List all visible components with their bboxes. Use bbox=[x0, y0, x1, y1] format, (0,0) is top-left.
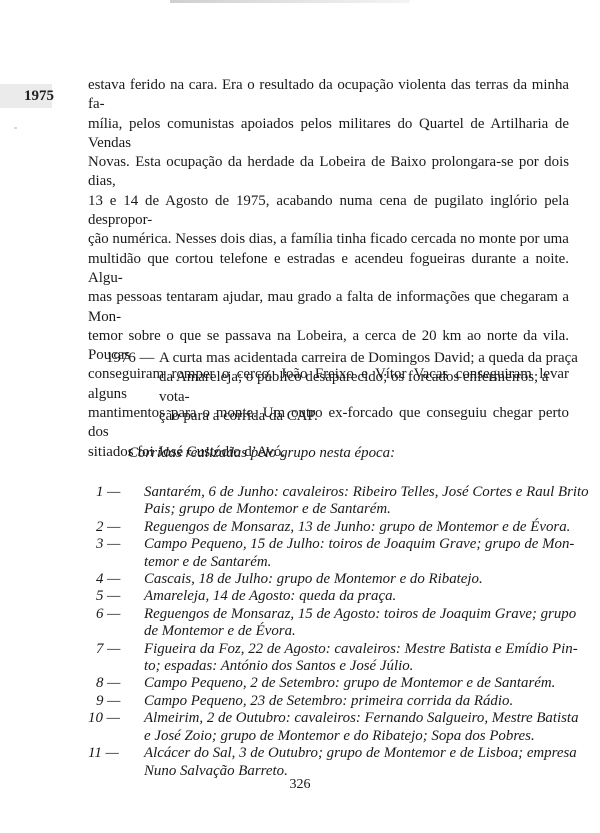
race-number: 6 — bbox=[96, 606, 138, 623]
scan-top-edge bbox=[170, 0, 410, 3]
body-line: Novas. Esta ocupação da herdade da Lobei… bbox=[88, 153, 569, 192]
margin-speck bbox=[14, 127, 17, 129]
race-line: Campo Pequeno, 23 de Setembro: primeira … bbox=[144, 693, 566, 710]
race-item: 9 — Campo Pequeno, 23 de Setembro: prime… bbox=[96, 693, 566, 710]
race-item: 6 — Reguengos de Monsaraz, 15 de Agosto:… bbox=[96, 606, 566, 641]
entry-line: A curta mas acidentada carreira de Domin… bbox=[159, 350, 578, 366]
year-entry-1976: 1976 —A curta mas acidentada carreira de… bbox=[106, 349, 564, 426]
race-line: Figueira da Foz, 22 de Agosto: cavaleiro… bbox=[144, 641, 566, 658]
race-item: 2 — Reguengos de Monsaraz, 13 de Junho: … bbox=[96, 519, 566, 536]
body-line: estava ferido na cara. Era o resultado d… bbox=[88, 76, 569, 115]
races-list: 1 — Santarém, 6 de Junho: cavaleiros: Ri… bbox=[96, 484, 566, 780]
race-item: 11 — Alcácer do Sal, 3 de Outubro; grupo… bbox=[96, 745, 566, 780]
race-line: to; espadas: António dos Santos e José J… bbox=[144, 658, 566, 675]
race-number: 3 — bbox=[96, 536, 138, 553]
races-heading: Corridas realizadas pelo grupo nesta épo… bbox=[128, 444, 395, 463]
margin-year-tab: 1975 bbox=[0, 84, 52, 108]
race-item: 5 — Amareleja, 14 de Agosto: queda da pr… bbox=[96, 588, 566, 605]
race-line: temor e de Santarém. bbox=[144, 554, 566, 571]
race-line: Campo Pequeno, 15 de Julho: toiros de Jo… bbox=[144, 536, 566, 553]
entry-first-line: 1976 —A curta mas acidentada carreira de… bbox=[106, 349, 564, 368]
race-number: 11 — bbox=[88, 745, 130, 762]
race-item: 7 — Figueira da Foz, 22 de Agosto: caval… bbox=[96, 641, 566, 676]
race-number: 7 — bbox=[96, 641, 138, 658]
race-line: Santarém, 6 de Junho: cavaleiros: Ribeir… bbox=[144, 484, 566, 501]
page-number: 326 bbox=[0, 777, 600, 793]
entry-line: da Amareleja; o público desaparecido; os… bbox=[106, 368, 564, 407]
race-line: Amareleja, 14 de Agosto: queda da praça. bbox=[144, 588, 566, 605]
race-line: Pais; grupo de Montemor e de Santarém. bbox=[144, 501, 566, 518]
race-item: 1 — Santarém, 6 de Junho: cavaleiros: Ri… bbox=[96, 484, 566, 519]
body-line: 13 e 14 de Agosto de 1975, acabando numa… bbox=[88, 192, 569, 231]
race-line: de Montemor e de Évora. bbox=[144, 623, 566, 640]
race-number: 2 — bbox=[96, 519, 138, 536]
body-line: multidão que cortou telefone e estradas … bbox=[88, 250, 569, 289]
body-line: ção numérica. Nesses dois dias, a famíli… bbox=[88, 230, 569, 249]
race-number: 5 — bbox=[96, 588, 138, 605]
race-line: Reguengos de Monsaraz, 15 de Agosto: toi… bbox=[144, 606, 566, 623]
race-line: Reguengos de Monsaraz, 13 de Junho: grup… bbox=[144, 519, 566, 536]
race-line: Campo Pequeno, 2 de Setembro: grupo de M… bbox=[144, 675, 566, 692]
margin-year-label: 1975 bbox=[24, 84, 54, 108]
body-line: mília, pelos comunistas apoiados pelos m… bbox=[88, 115, 569, 154]
race-number: 9 — bbox=[96, 693, 138, 710]
race-number: 8 — bbox=[96, 675, 138, 692]
race-line: Almeirim, 2 de Outubro: cavaleiros: Fern… bbox=[144, 710, 566, 727]
race-line: Cascais, 18 de Julho: grupo de Montemor … bbox=[144, 571, 566, 588]
race-item: 4 — Cascais, 18 de Julho: grupo de Monte… bbox=[96, 571, 566, 588]
race-item: 10 — Almeirim, 2 de Outubro: cavaleiros:… bbox=[96, 710, 566, 745]
entry-line: ção para a corrida da CAP. bbox=[106, 407, 564, 426]
race-number: 10 — bbox=[88, 710, 130, 727]
race-item: 8 — Campo Pequeno, 2 de Setembro: grupo … bbox=[96, 675, 566, 692]
race-line: Alcácer do Sal, 3 de Outubro; grupo de M… bbox=[144, 745, 566, 762]
race-number: 4 — bbox=[96, 571, 138, 588]
race-item: 3 — Campo Pequeno, 15 de Julho: toiros d… bbox=[96, 536, 566, 571]
race-line: e José Zoio; grupo de Montemor e do Riba… bbox=[144, 728, 566, 745]
race-number: 1 — bbox=[96, 484, 138, 501]
entry-year: 1976 — bbox=[106, 349, 159, 368]
body-line: mas pessoas tentaram ajudar, mau grado a… bbox=[88, 288, 569, 327]
